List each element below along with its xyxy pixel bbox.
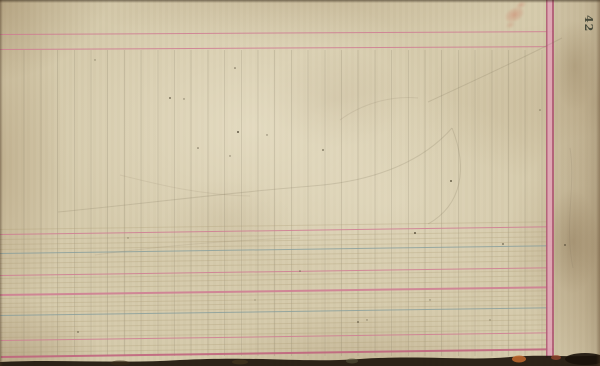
page-right-edge-shadow	[596, 0, 600, 366]
scanned-ledger-page: 42	[0, 0, 600, 366]
orange-fore-edge-mark	[512, 356, 526, 363]
book-edge-shadow	[0, 0, 600, 366]
red-fore-edge-mark	[551, 355, 561, 360]
page-top-edge-shadow	[0, 0, 600, 3]
page-left-edge-shadow	[0, 0, 3, 366]
